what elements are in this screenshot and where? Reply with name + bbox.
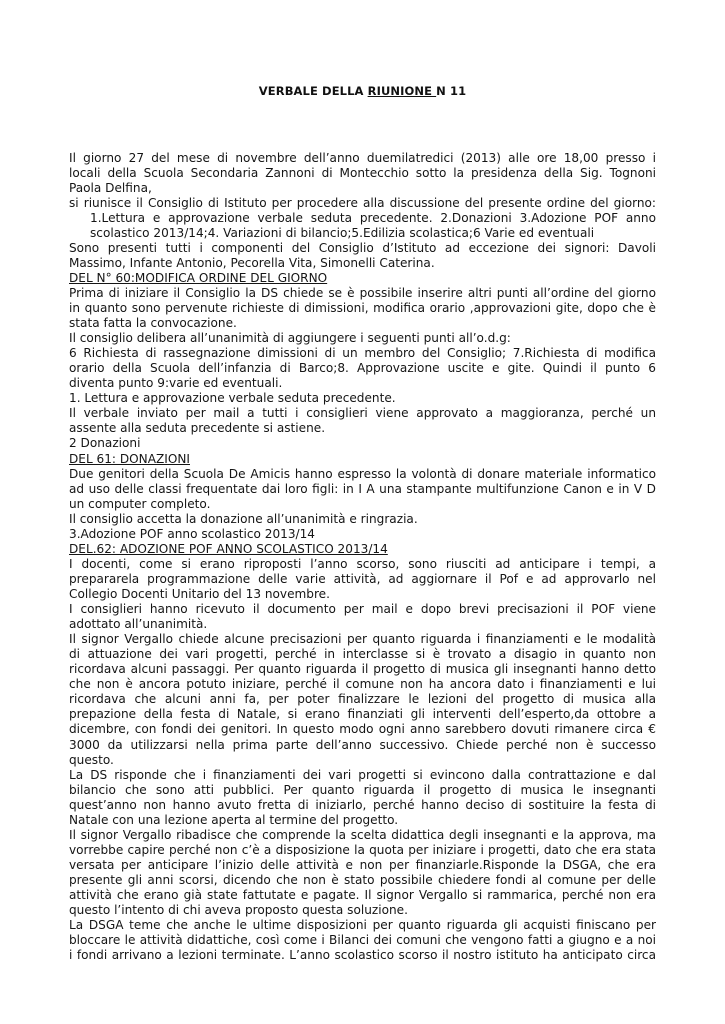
text-line: I docenti, come si erano riproposti l’an… <box>69 557 656 572</box>
text-line: vorrebbe capire perché non c’è a disposi… <box>69 843 656 858</box>
text-line: prepazione della festa di Natale, si era… <box>69 707 656 722</box>
title-prefix: VERBALE DELLA <box>259 84 368 98</box>
text-line: Massimo, Infante Antonio, Pecorella Vita… <box>69 256 656 271</box>
text-line: quest’anno non hanno avuto fretta di ini… <box>69 798 656 813</box>
text-line: La DS risponde che i finanziamenti dei v… <box>69 768 656 783</box>
text-line: 3000 da utilizzarsi nella prima parte de… <box>69 738 656 753</box>
text-line: La DSGA teme che anche le ultime disposi… <box>69 918 656 933</box>
document-title: VERBALE DELLA RIUNIONE N 11 <box>0 84 725 98</box>
text-line: Il consiglio accetta la donazione all’un… <box>69 512 656 527</box>
text-line: si riunisce il Consiglio di Istituto per… <box>69 196 656 211</box>
text-line: 1. Lettura e approvazione verbale seduta… <box>69 391 656 406</box>
text-line: ricordava che alcuni anni fa, per poter … <box>69 692 656 707</box>
text-line: Prima di iniziare il Consiglio la DS chi… <box>69 286 656 301</box>
title-suffix: N 11 <box>436 84 466 98</box>
text-line: Paola Delfina, <box>69 181 656 196</box>
text-line: bloccare le attività didattiche, così co… <box>69 933 656 948</box>
text-line: un computer completo. <box>69 497 656 512</box>
text-line: in quanto sono pervenute richieste di di… <box>69 301 656 316</box>
text-line: di attuazione dei vari progetti, perché … <box>69 647 656 662</box>
text-line: Il signor Vergallo ribadisce che compren… <box>69 828 656 843</box>
text-line: I consiglieri hanno ricevuto il document… <box>69 602 656 617</box>
section-heading: DEL N° 60:MODIFICA ORDINE DEL GIORNO <box>69 271 656 286</box>
text-line: attività che erano già state fattutate e… <box>69 888 656 903</box>
agenda-line: scolastico 2013/14;4. Variazioni di bila… <box>90 226 656 241</box>
text-line: Il giorno 27 del mese di novembre dell’a… <box>69 151 656 166</box>
text-line: 2 Donazioni <box>69 436 656 451</box>
text-line: adottato all’unanimità. <box>69 617 656 632</box>
text-line: questo l’intento di chi aveva proposto q… <box>69 903 656 918</box>
text-line: ad uso delle classi frequentate dai loro… <box>69 482 656 497</box>
document-page: VERBALE DELLA RIUNIONE N 11 Il giorno 27… <box>0 0 725 1024</box>
text-line: Il signor Vergallo chiede alcune precisa… <box>69 632 656 647</box>
text-line: diventa punto 9:varie ed eventuali. <box>69 376 656 391</box>
text-line: che non è ancora potuto iniziare, perché… <box>69 677 656 692</box>
text-line: Il consiglio delibera all’unanimità di a… <box>69 331 656 346</box>
text-line: Natale con una lezione aperta al termine… <box>69 813 656 828</box>
text-line: stata fatta la convocazione. <box>69 316 656 331</box>
text-line: 6 Richiesta di rassegnazione dimissioni … <box>69 346 656 361</box>
text-line: Collegio Docenti Unitario del 13 novembr… <box>69 587 656 602</box>
agenda-line: 1.Lettura e approvazione verbale seduta … <box>90 211 656 226</box>
text-line: versata per anticipare l’inizio delle at… <box>69 858 656 873</box>
text-line: Il verbale inviato per mail a tutti i co… <box>69 406 656 421</box>
title-underlined: RIUNIONE <box>368 84 437 98</box>
text-line: locali della Scuola Secondaria Zannoni d… <box>69 166 656 181</box>
text-line: ricordava alcuni passaggi. Per quanto ri… <box>69 662 656 677</box>
text-line: 3.Adozione POF anno scolastico 2013/14 <box>69 527 656 542</box>
text-line: questo. <box>69 753 656 768</box>
text-line: bilancio che sono atti pubblici. Per qua… <box>69 783 656 798</box>
text-line: Due genitori della Scuola De Amicis hann… <box>69 467 656 482</box>
text-line: dicembre, con fondi dei genitori. In que… <box>69 722 656 737</box>
text-line: i fondi arrivano a lezioni terminate. L’… <box>69 948 656 963</box>
text-line: orario della Scuola dell’infanzia di Bar… <box>69 361 656 376</box>
section-heading: DEL.62: ADOZIONE POF ANNO SCOLASTICO 201… <box>69 542 656 557</box>
text-line: presente gli anni scorsi, dicendo che no… <box>69 873 656 888</box>
text-line: prepararela programmazione delle varie a… <box>69 572 656 587</box>
text-line: Sono presenti tutti i componenti del Con… <box>69 241 656 256</box>
text-line: assente alla seduta precedente si astien… <box>69 421 656 436</box>
section-heading: DEL 61: DONAZIONI <box>69 452 656 467</box>
